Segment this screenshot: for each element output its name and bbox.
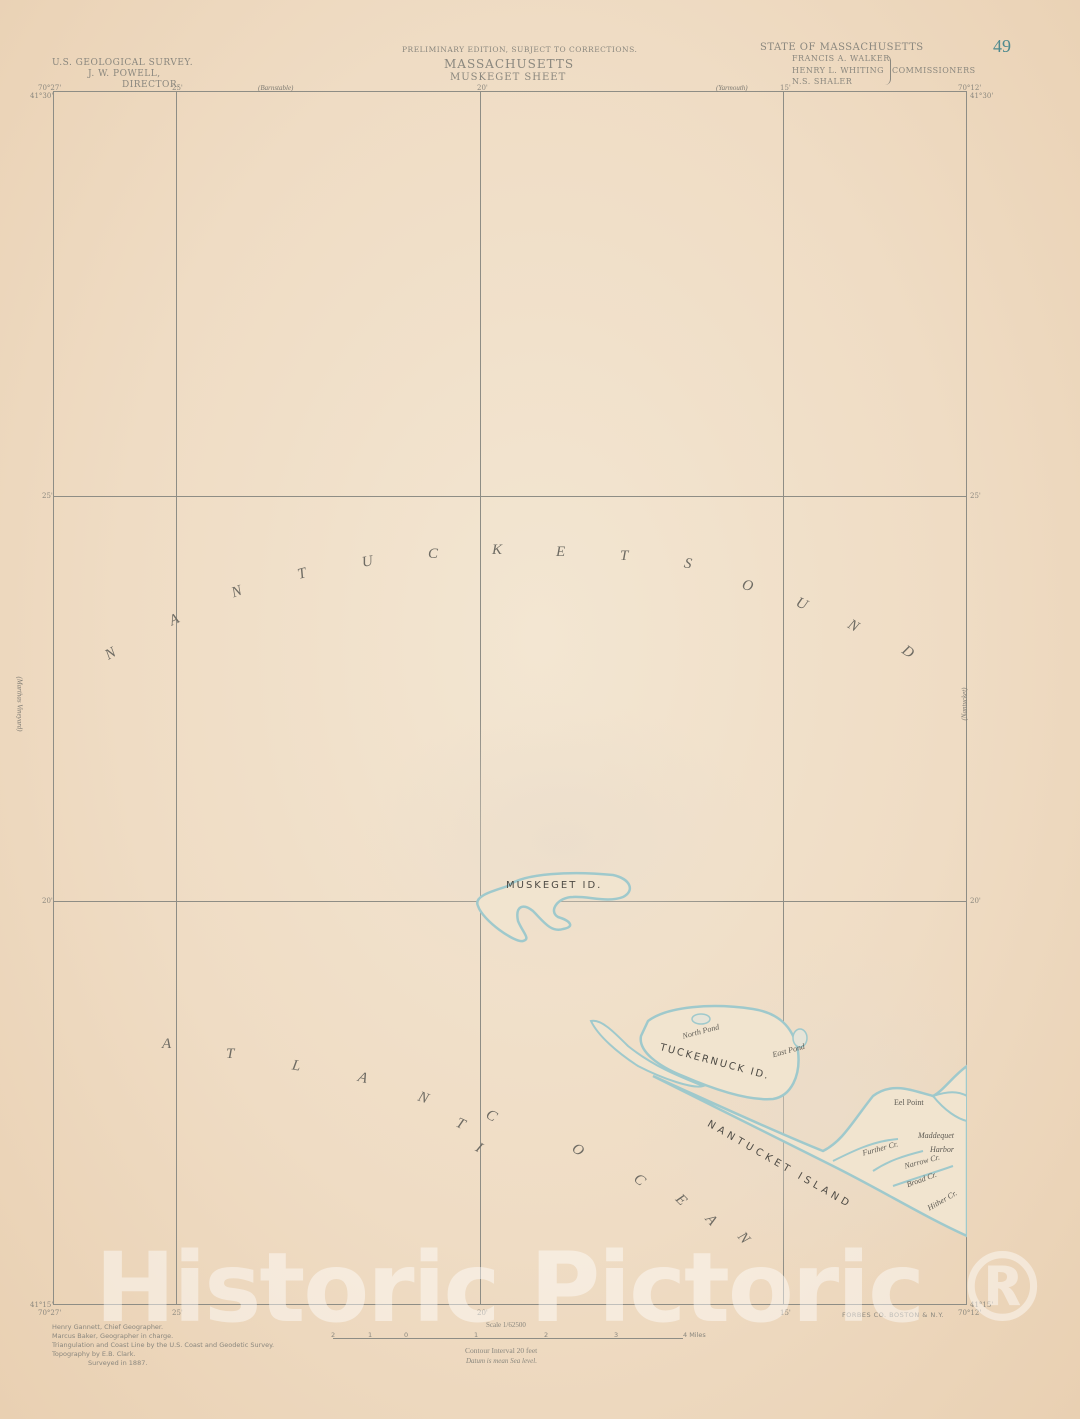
sheet-state: MASSACHUSETTS (444, 57, 574, 71)
tick-lat-right-20: 20' (970, 897, 981, 905)
commissioner-2: HENRY L. WHITING (792, 66, 884, 75)
label-nantucket-sound: K (492, 542, 502, 559)
page-number: 49 (993, 36, 1011, 57)
adjacent-marthas-vineyard: (Marthas Vineyard) (16, 676, 24, 731)
tick-lat-left-25: 25' (42, 492, 53, 500)
commissioner-3: N.S. SHALER (792, 77, 852, 86)
adjacent-barnstable: (Barnstable) (258, 84, 293, 92)
tick-lat-right-25: 25' (970, 492, 981, 500)
tick-bottom-lon-west: 70°27' (38, 1309, 61, 1317)
commissioner-1: FRANCIS A. WALKER (792, 54, 890, 63)
label-nantucket-sound: C (428, 546, 438, 563)
contour-interval: Contour Interval 20 feet (465, 1346, 537, 1355)
director-name: J. W. POWELL, (88, 69, 161, 79)
tick-top-lon-west: 70°27' (38, 84, 61, 92)
credit-topography: Topography by E.B. Clark. (52, 1350, 136, 1358)
tick-top-25: 25' (172, 84, 183, 92)
tick-top-lon-east: 70°12' (958, 84, 981, 92)
tick-top-15: 15' (780, 84, 791, 92)
tick-lat-bottom-left: 41°15' (30, 1301, 53, 1309)
agency-name: U.S. GEOLOGICAL SURVEY. (52, 58, 193, 68)
state-title: STATE OF MASSACHUSETTS (760, 42, 924, 53)
label-eel-point: Eel Point (894, 1098, 924, 1107)
label-atlantic-ocean: A (162, 1036, 171, 1053)
datum-note: Datum is mean Sea level. (466, 1357, 537, 1365)
commissioners-brace (885, 55, 891, 85)
adjacent-yarmouth: (Yarmouth) (716, 84, 748, 92)
tick-lat-top-right: 41°30' (970, 92, 993, 100)
label-atlantic-ocean: T (226, 1046, 234, 1063)
tick-top-20: 20' (477, 84, 488, 92)
tick-lat-top-left: 41°30' (30, 92, 53, 100)
map-canvas (53, 91, 967, 1305)
commissioners-label: COMMISSIONERS (892, 66, 976, 75)
sheet-name: MUSKEGET SHEET (450, 72, 566, 83)
credit-survey-year: Surveyed in 1887. (88, 1359, 147, 1367)
label-nantucket-sound: T (620, 548, 628, 565)
tick-lat-left-20: 20' (42, 897, 53, 905)
label-madaket-harbor-1: Maddequet (918, 1131, 954, 1140)
watermark: Historic Pictoric ® (95, 1232, 1048, 1344)
preliminary-note: PRELIMINARY EDITION, SUBJECT TO CORRECTI… (402, 45, 637, 54)
adjacent-nantucket: (Nantucket) (961, 687, 969, 720)
label-nantucket-sound: E (556, 544, 565, 561)
label-muskeget-island: MUSKEGET ID. (506, 880, 602, 891)
